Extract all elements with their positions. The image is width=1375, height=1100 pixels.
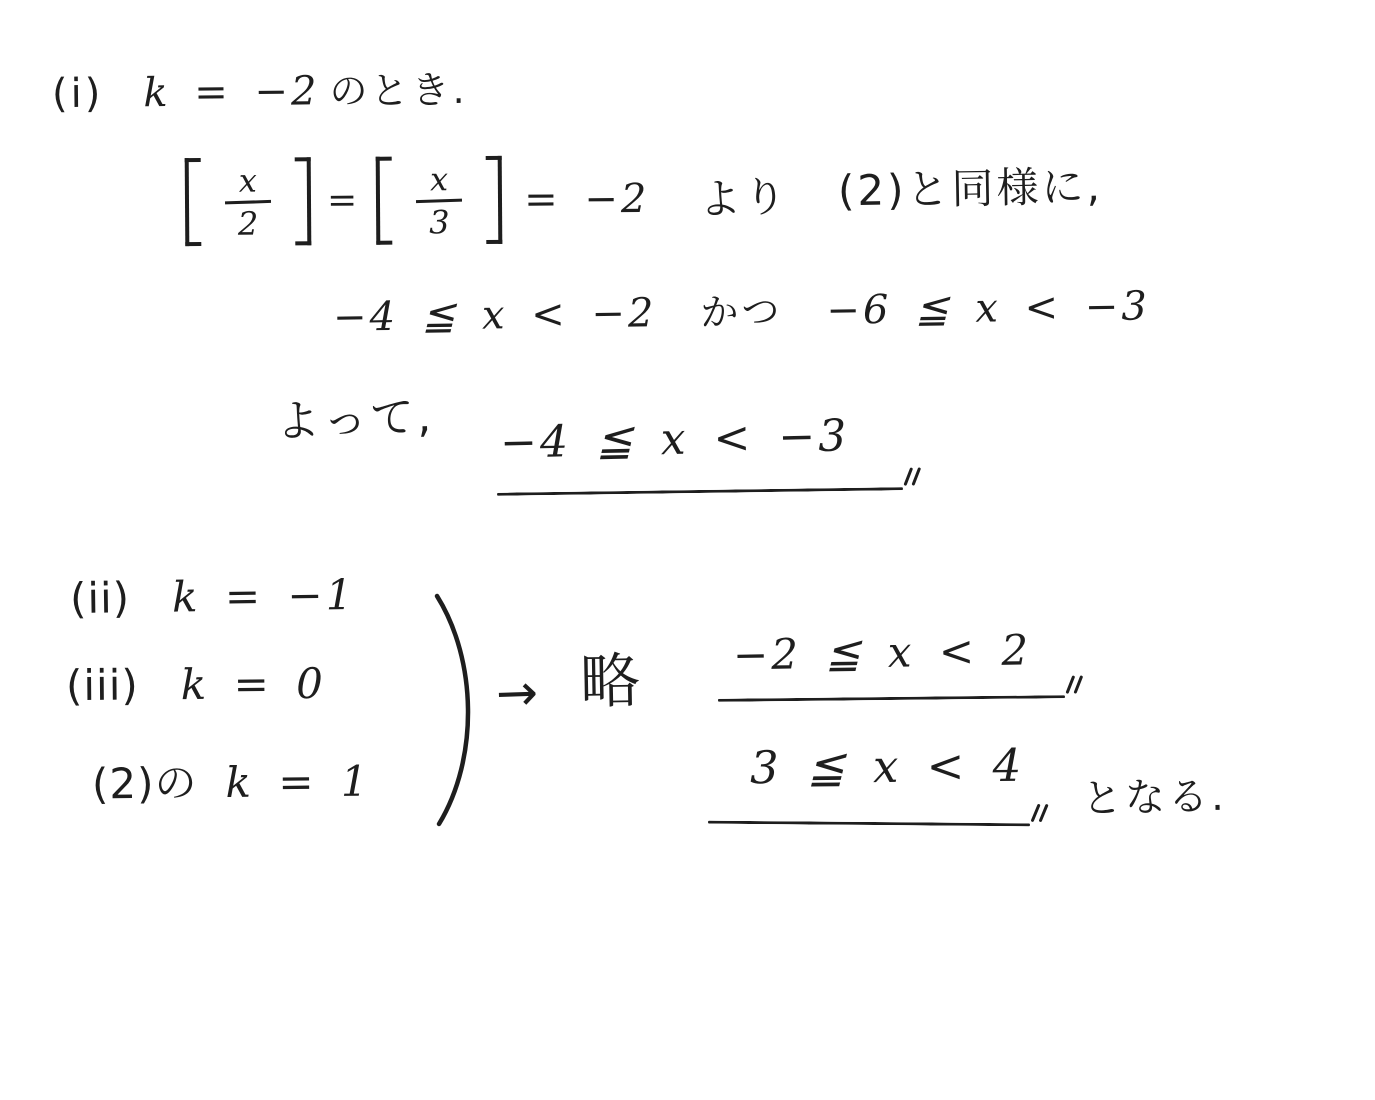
inequality-right: −6 ≦ x < −3	[826, 286, 1150, 331]
case-ii-equation: k = −1	[172, 574, 356, 619]
floor-equation: x 2 = x 3 = −2 より	[185, 154, 790, 246]
fraction-numerator: x	[239, 164, 257, 196]
floor-bracket-left-icon	[376, 157, 393, 245]
case-ii-row: (ii) k = −1	[70, 574, 356, 620]
equals-sign: =	[327, 183, 360, 219]
fraction-bar-icon	[416, 198, 462, 203]
combined-inequalities: −4 ≦ x < −2 かつ −6 ≦ x < −3	[333, 286, 1150, 337]
answer-underline	[718, 695, 1065, 702]
fraction-denominator: 2	[238, 207, 259, 239]
case-i-label: (i)	[52, 74, 104, 115]
double-tick-icon	[1030, 803, 1050, 823]
case-2-row: (2)の k = 1	[92, 761, 371, 806]
handwritten-worksheet: (i) k = −2 のとき. x 2 = x 3 = −2 より (2)と同様…	[0, 0, 1375, 1100]
case-2-label: (2)の	[92, 762, 198, 805]
case-i-statement-math: k = −2	[143, 71, 320, 113]
fraction-x-over-3: x 3	[416, 163, 463, 238]
answer-case-ii-iii: −2 ≦ x < 2	[733, 629, 1032, 676]
double-tick-icon	[903, 467, 923, 487]
fraction-bar-icon	[225, 199, 271, 204]
case-i-statement: k = −2 のとき.	[143, 70, 468, 113]
answer-underline	[708, 821, 1030, 827]
case-ii-label: (ii)	[70, 577, 131, 620]
case-iii-label: (iii)	[66, 664, 139, 707]
equation-suffix: より	[699, 175, 791, 221]
fraction-x-over-2: x 2	[225, 164, 272, 239]
floor-bracket-left-icon	[185, 158, 202, 246]
double-tick-icon	[1065, 675, 1085, 695]
arrow-icon: →	[495, 667, 542, 719]
answer-underline	[497, 487, 903, 496]
case-i-statement-suffix: のとき.	[329, 71, 467, 110]
conjunction-label: かつ	[700, 292, 783, 331]
case-i-header: (i) k = −2 のとき.	[52, 70, 468, 114]
omission-label: 略	[579, 651, 640, 712]
answer-case-i: −4 ≦ x < −3	[500, 414, 850, 465]
floor-bracket-right-icon	[486, 156, 503, 244]
floor-bracket-right-icon	[295, 157, 312, 245]
similarity-note: (2)と同様に,	[838, 166, 1104, 213]
fraction-denominator: 3	[429, 206, 450, 238]
conclusion-lead: よって,	[275, 395, 434, 444]
case-2-equation: k = 1	[225, 761, 371, 805]
case-iii-equation: k = 0	[181, 663, 326, 706]
inequality-left: −4 ≦ x < −2	[333, 293, 657, 338]
grouping-paren-icon	[427, 590, 485, 830]
equation-result: = −2	[524, 179, 649, 220]
answer-case-2: 3 ≦ x < 4	[750, 743, 1025, 790]
fraction-numerator: x	[430, 163, 448, 195]
case-iii-row: (iii) k = 0	[66, 663, 326, 707]
closing-remark: となる.	[1082, 777, 1227, 820]
